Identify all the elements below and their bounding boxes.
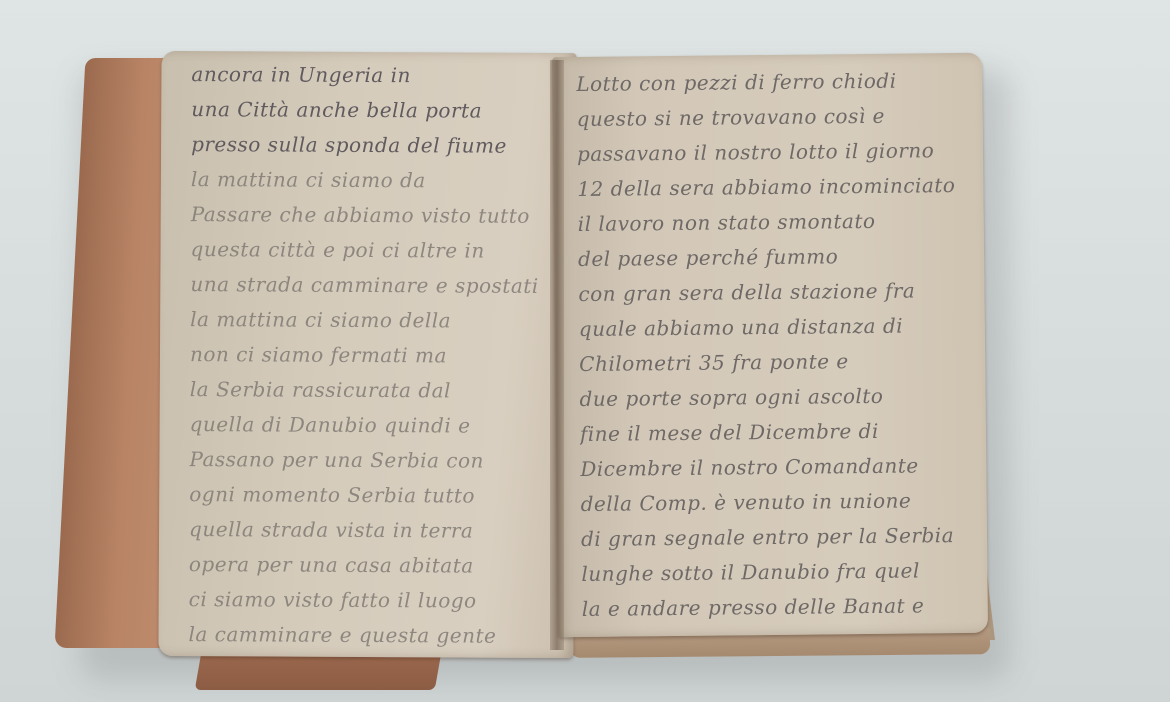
handwritten-line: la camminare e questa gente [188, 617, 555, 654]
handwritten-line: del paese perché fummo [578, 238, 966, 277]
right-page-text: Lotto con pezzi di ferro chiodi questo s… [552, 53, 988, 637]
handwritten-line: presso sulla sponda del fiume [191, 127, 558, 164]
left-page-text: ancora in Ungeria in una Città anche bel… [158, 51, 576, 658]
handwritten-line: il lavoro non stato smontato [578, 203, 966, 242]
handwritten-line: la e andare presso delle Banat e [582, 588, 970, 627]
handwritten-line: con gran sera della stazione fra [578, 273, 966, 312]
handwritten-line: la mattina ci siamo della [190, 302, 557, 339]
handwritten-line: quella di Danubio quindi e [190, 407, 557, 444]
left-page: ancora in Ungeria in una Città anche bel… [158, 51, 576, 658]
handwritten-line: lunghe sotto il Danubio fra quel [581, 553, 969, 592]
handwritten-line: quella strada vista in terra [189, 512, 556, 549]
handwritten-line: ancora in Ungeria in [191, 57, 558, 94]
handwritten-line: della Comp. è venuto in unione [580, 483, 968, 522]
handwritten-line: una Città anche bella porta [191, 92, 558, 129]
handwritten-line: di gran segnale entro per la Serbia [581, 518, 969, 557]
handwritten-line: Lotto con pezzi di ferro chiodi [576, 63, 964, 102]
handwritten-line: la Serbia rassicurata dal [190, 372, 557, 409]
handwritten-line: non ci siamo fermati ma [190, 337, 557, 374]
book-gutter [550, 60, 564, 650]
handwritten-line: quale abbiamo una distanza di [579, 308, 967, 347]
handwritten-line: Chilometri 35 fra ponte e [579, 343, 967, 382]
right-page: Lotto con pezzi di ferro chiodi questo s… [552, 53, 988, 637]
handwritten-line: Dicembre il nostro Comandante [580, 448, 968, 487]
photo-scene: ancora in Ungeria in una Città anche bel… [0, 0, 1170, 702]
handwritten-line: ci siamo visto fatto il luogo [189, 582, 556, 619]
handwritten-line: ogni momento Serbia tutto [189, 477, 556, 514]
handwritten-line: due porte sopra ogni ascolto [579, 378, 967, 417]
handwritten-line: la mattina ci siamo da [191, 162, 558, 199]
handwritten-line: 12 della sera abbiamo incominciato [577, 168, 965, 207]
handwritten-line: passavano il nostro lotto il giorno [577, 133, 965, 172]
handwritten-line: fine il mese del Dicembre di [580, 413, 968, 452]
handwritten-line: Passano per una Serbia con [189, 442, 556, 479]
handwritten-line: opera per una casa abitata [189, 547, 556, 584]
handwritten-line: questo si ne trovavano così e [576, 98, 964, 137]
handwritten-line: questa città e poi ci altre in [190, 232, 557, 269]
handwritten-line: Passare che abbiamo visto tutto [191, 197, 558, 234]
handwritten-line: una strada camminare e spostati [190, 267, 557, 304]
